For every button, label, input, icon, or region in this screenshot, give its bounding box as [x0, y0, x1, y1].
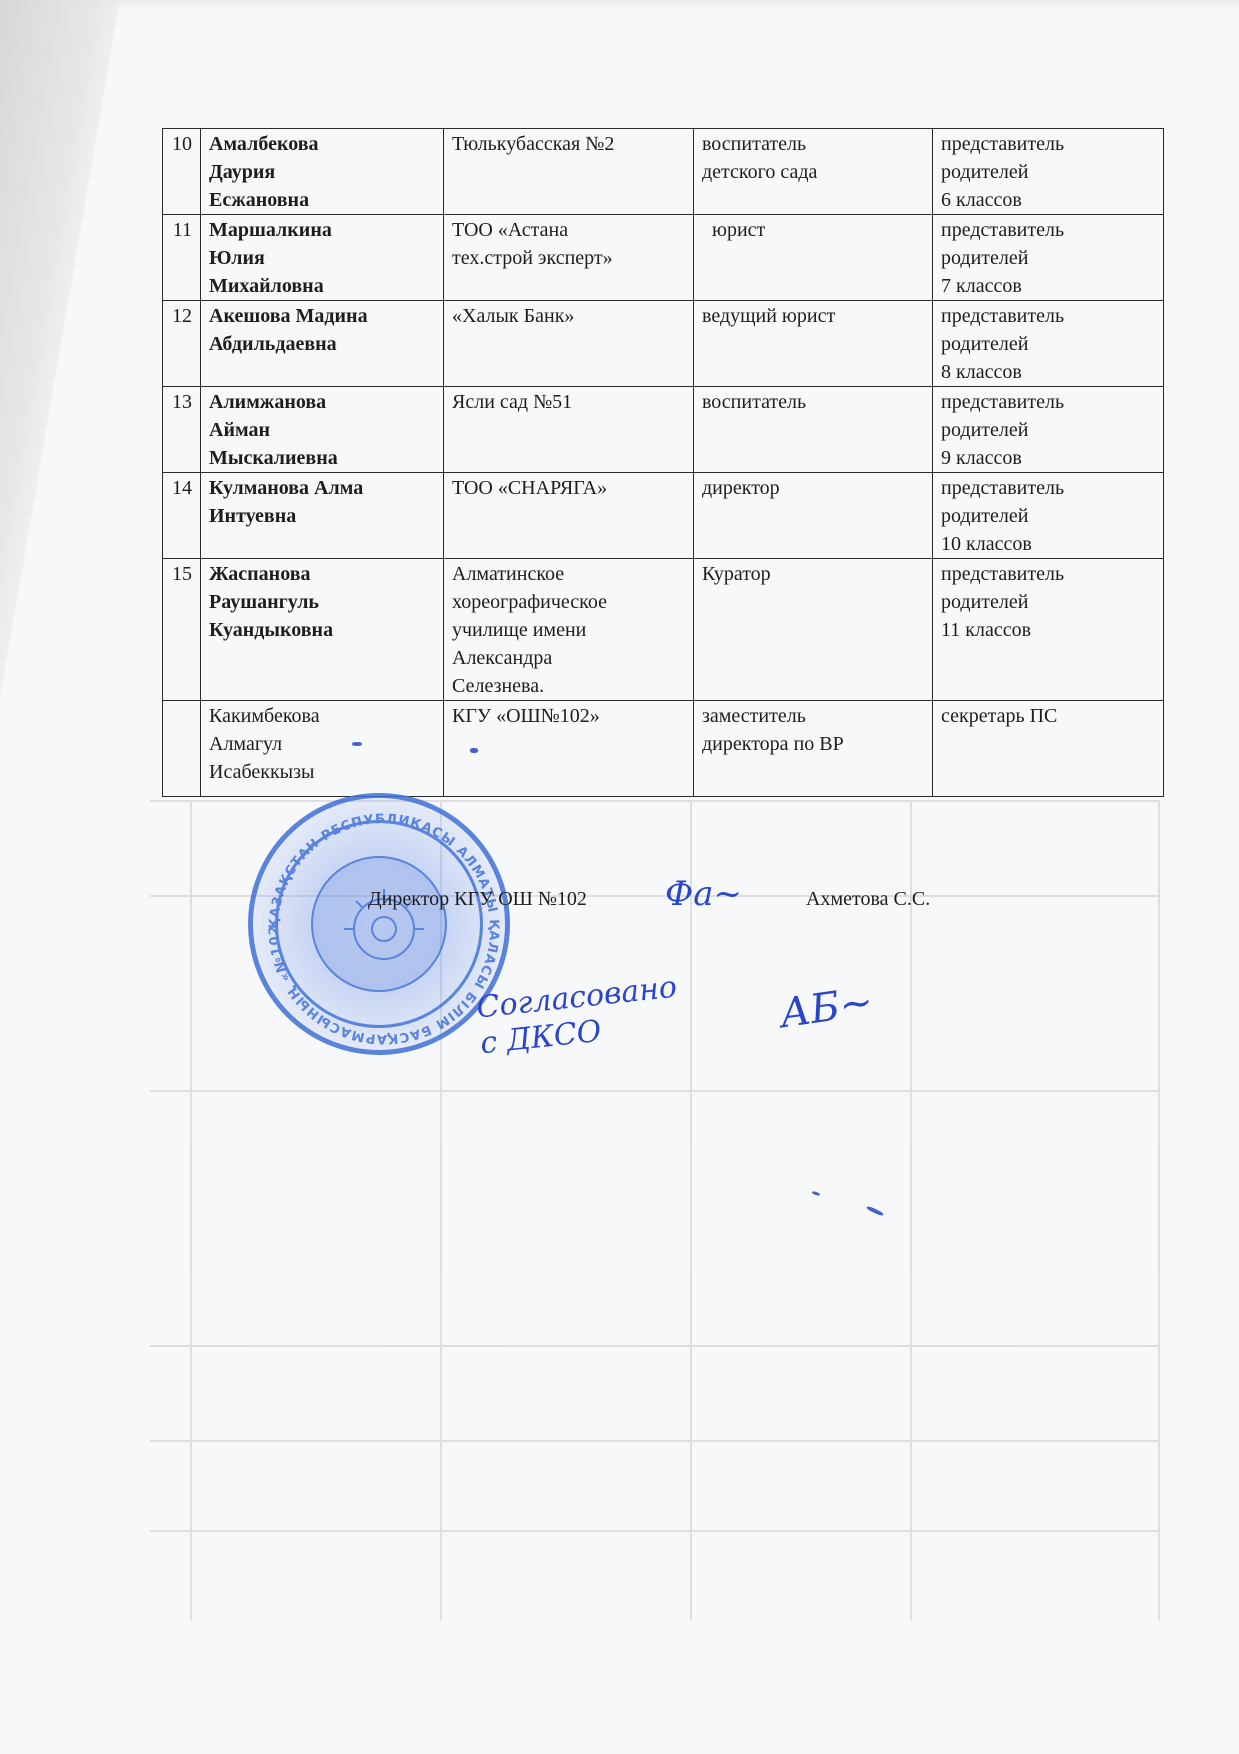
member-name: Кулманова Алма Интуевна [201, 473, 444, 559]
workplace: «Халык Банк» [444, 301, 694, 387]
position: ведущий юрист [694, 301, 933, 387]
parents-council-table: 10 Амалбекова Даурия Есжановна Тюлькубас… [162, 128, 1164, 797]
member-name: Акешова Мадина Абдильдаевна [201, 301, 444, 387]
council-role: представитель родителей 10 классов [933, 473, 1164, 559]
page-top-edge [0, 0, 1239, 10]
approval-signature: АБ~ [777, 979, 876, 1038]
council-role: представитель родителей 6 классов [933, 129, 1164, 215]
member-name: Амалбекова Даурия Есжановна [201, 129, 444, 215]
table-row: 12 Акешова Мадина Абдильдаевна «Халык Ба… [163, 301, 1164, 387]
row-number: 12 [163, 301, 201, 387]
director-name: Ахметова С.С. [806, 888, 930, 911]
director-signature: Фа~ [665, 874, 742, 914]
workplace: Алматинское хореографическое училище име… [444, 559, 694, 701]
folded-corner [0, 0, 120, 700]
council-role: представитель родителей 9 классов [933, 387, 1164, 473]
row-number: 15 [163, 559, 201, 701]
workplace: Ясли сад №51 [444, 387, 694, 473]
pen-mark [812, 1191, 821, 1197]
member-name: Маршалкина Юлия Михайловна [201, 215, 444, 301]
position: директор [694, 473, 933, 559]
position: воспитатель детского сада [694, 129, 933, 215]
pen-mark [866, 1205, 884, 1216]
row-number: 10 [163, 129, 201, 215]
council-role: представитель родителей 11 классов [933, 559, 1164, 701]
position: заместитель директора по ВР [694, 701, 933, 797]
workplace: КГУ «ОШ№102» [444, 701, 694, 797]
table-row: 13 Алимжанова Айман Мыскалиевна Ясли сад… [163, 387, 1164, 473]
table-row: 11 Маршалкина Юлия Михайловна ТОО «Астан… [163, 215, 1164, 301]
position: юрист [694, 215, 933, 301]
table-row: 10 Амалбекова Даурия Есжановна Тюлькубас… [163, 129, 1164, 215]
table-row: Какимбекова Алмагул Исабеккызы КГУ «ОШ№1… [163, 701, 1164, 797]
row-number: 11 [163, 215, 201, 301]
stamp-center [311, 856, 447, 992]
member-name: Алимжанова Айман Мыскалиевна [201, 387, 444, 473]
council-role: представитель родителей 7 классов [933, 215, 1164, 301]
position: воспитатель [694, 387, 933, 473]
council-role: секретарь ПС [933, 701, 1164, 797]
pen-mark [352, 742, 362, 746]
official-stamp: ҚАЗАҚСТАН РЕСПУБЛИКАСЫ АЛМАТЫ ҚАЛАСЫ БІЛ… [248, 793, 510, 1055]
table-row: 15 Жаспанова Раушангуль Куандыковна Алма… [163, 559, 1164, 701]
workplace: ТОО «Астана тех.строй эксперт» [444, 215, 694, 301]
row-number [163, 701, 201, 797]
member-name: Какимбекова Алмагул Исабеккызы [201, 701, 444, 797]
workplace: Тюлькубасская №2 [444, 129, 694, 215]
pen-mark [470, 748, 478, 753]
member-name: Жаспанова Раушангуль Куандыковна [201, 559, 444, 701]
row-number: 14 [163, 473, 201, 559]
position: Куратор [694, 559, 933, 701]
workplace: ТОО «СНАРЯГА» [444, 473, 694, 559]
table-row: 14 Кулманова Алма Интуевна ТОО «СНАРЯГА»… [163, 473, 1164, 559]
director-title: Директор КГУ ОШ №102 [368, 888, 587, 911]
row-number: 13 [163, 387, 201, 473]
council-role: представитель родителей 8 классов [933, 301, 1164, 387]
